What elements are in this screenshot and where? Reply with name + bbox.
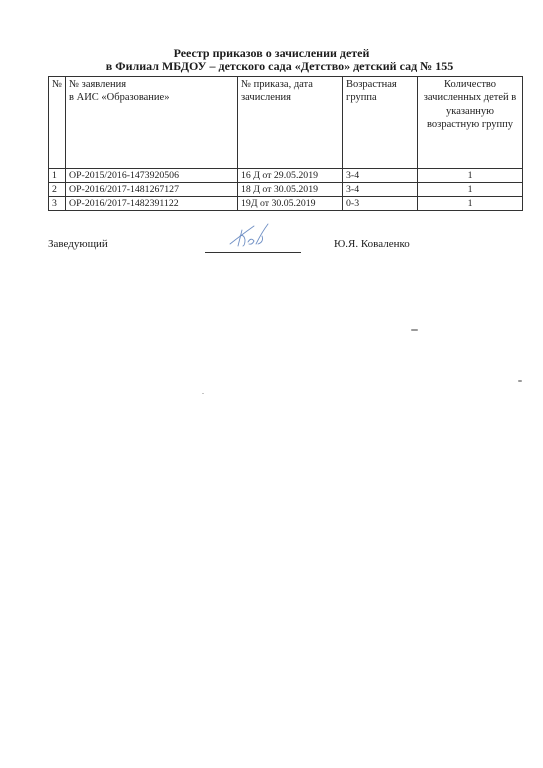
header-application: № заявления в АИС «Образование» [66, 77, 238, 169]
signatory-name: Ю.Я. Коваленко [334, 238, 410, 250]
registry-table: № № заявления в АИС «Образование» № прик… [48, 76, 523, 211]
header-application-line2: в АИС «Образование» [69, 92, 169, 103]
table-header-row: № № заявления в АИС «Образование» № прик… [49, 77, 523, 169]
table-row: 2 ОР-2016/2017-1481267127 18 Д от 30.05.… [49, 183, 523, 197]
cell-age-group: 3-4 [343, 183, 418, 197]
cell-number: 3 [49, 197, 66, 211]
header-order: № приказа, дата зачисления [238, 77, 343, 169]
cell-application: ОР-2016/2017-1482391122 [66, 197, 238, 211]
cell-count: 1 [418, 169, 523, 183]
handwritten-signature [228, 222, 278, 250]
header-count: Количество зачисленных детей в указанную… [418, 77, 523, 169]
cell-number: 2 [49, 183, 66, 197]
document-subtitle: в Филиал МБДОУ – детского сада «Детство»… [8, 59, 543, 73]
signatory-position: Заведующий [48, 238, 108, 250]
scan-artifact [202, 393, 204, 394]
table-row: 3 ОР-2016/2017-1482391122 19Д от 30.05.2… [49, 197, 523, 211]
cell-application: ОР-2015/2016-1473920506 [66, 169, 238, 183]
cell-count: 1 [418, 183, 523, 197]
cell-age-group: 0-3 [343, 197, 418, 211]
document-title: Реестр приказов о зачислении детей [0, 46, 543, 60]
cell-order: 19Д от 30.05.2019 [238, 197, 343, 211]
header-application-line1: № заявления [69, 79, 126, 90]
cell-age-group: 3-4 [343, 169, 418, 183]
cell-order: 16 Д от 29.05.2019 [238, 169, 343, 183]
scan-artifact [518, 380, 522, 382]
cell-number: 1 [49, 169, 66, 183]
cell-count: 1 [418, 197, 523, 211]
signature-line [205, 252, 301, 253]
header-age-group: Возрастная группа [343, 77, 418, 169]
header-number: № [49, 77, 66, 169]
table-row: 1 ОР-2015/2016-1473920506 16 Д от 29.05.… [49, 169, 523, 183]
cell-order: 18 Д от 30.05.2019 [238, 183, 343, 197]
cell-application: ОР-2016/2017-1481267127 [66, 183, 238, 197]
scan-artifact [411, 329, 418, 331]
